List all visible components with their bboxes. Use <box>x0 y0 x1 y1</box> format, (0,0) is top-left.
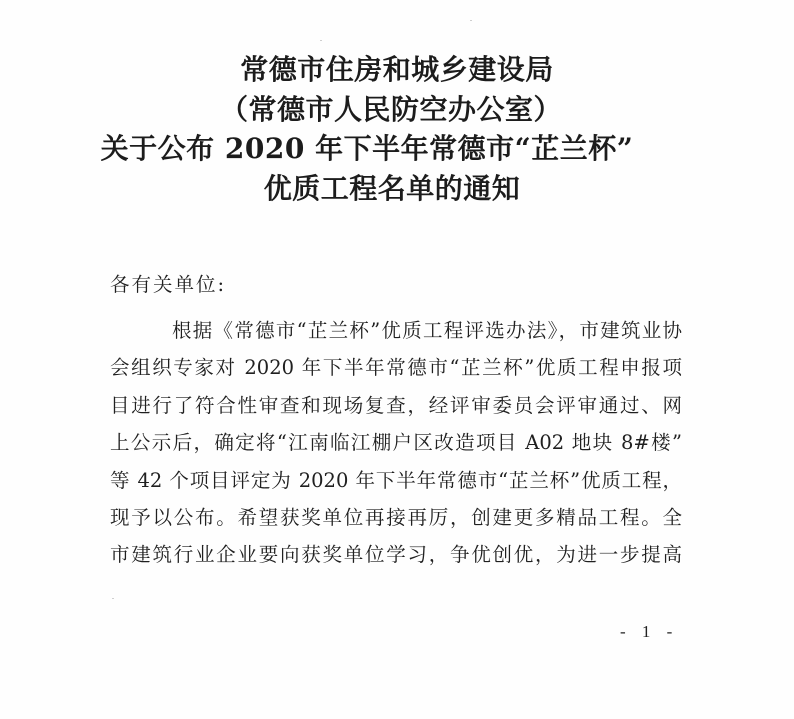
title-line-issuer-alias: （常德市人民防空办公室） <box>0 90 794 130</box>
scan-speck <box>112 598 114 599</box>
body-line: 目进行了符合性审查和现场复查，经评审委员会评审通过、网 <box>110 387 682 424</box>
body-line: 上公示后，确定将“江南临江棚户区改造项目 A02 地块 8#楼” <box>110 424 682 461</box>
salutation: 各有关单位: <box>110 270 226 300</box>
body-line: 根据《常德市“芷兰杯”优质工程评选办法》，市建筑业协 <box>110 312 682 349</box>
document-title: 常德市住房和城乡建设局 （常德市人民防空办公室） 关于公布 2020 年下半年常… <box>0 50 794 208</box>
scan-speck <box>470 20 472 21</box>
title-line-subject: 关于公布 2020 年下半年常德市“芷兰杯” <box>0 129 794 169</box>
document-page: 常德市住房和城乡建设局 （常德市人民防空办公室） 关于公布 2020 年下半年常… <box>0 0 794 719</box>
title-line-issuer: 常德市住房和城乡建设局 <box>0 50 794 90</box>
page-number: - 1 - <box>620 622 678 642</box>
body-line: 市建筑行业企业要向获奖单位学习，争优创优，为进一步提高 <box>110 536 682 573</box>
body-line: 等 42 个项目评定为 2020 年下半年常德市“芷兰杯”优质工程， <box>110 462 682 499</box>
scan-speck <box>320 40 322 41</box>
title-line-subject-cont: 优质工程名单的通知 <box>0 169 794 209</box>
body-paragraph: 根据《常德市“芷兰杯”优质工程评选办法》，市建筑业协 会组织专家对 2020 年… <box>110 312 682 574</box>
body-line: 现予以公布。希望获奖单位再接再厉，创建更多精品工程。全 <box>110 499 682 536</box>
body-line: 会组织专家对 2020 年下半年常德市“芷兰杯”优质工程申报项 <box>110 349 682 386</box>
